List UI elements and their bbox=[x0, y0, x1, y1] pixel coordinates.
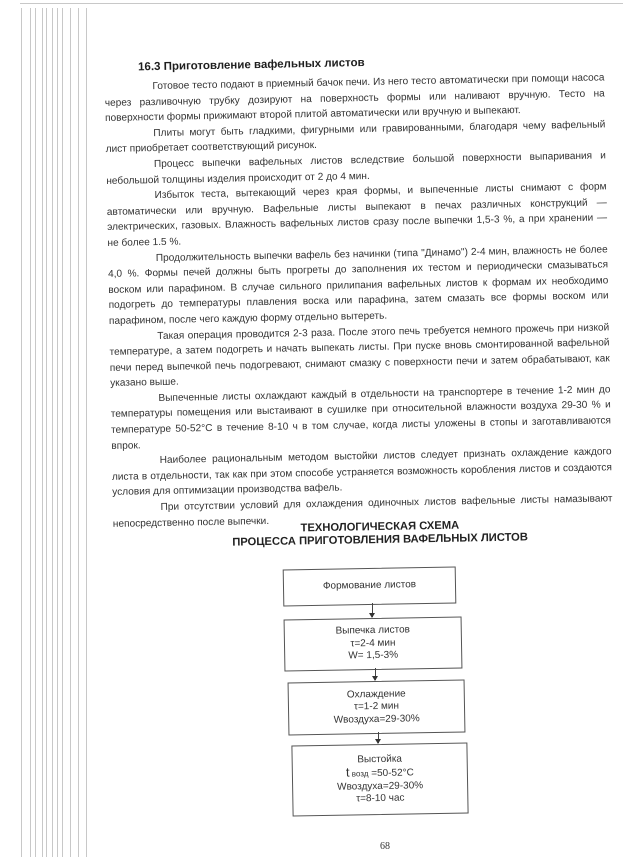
arrow-down-icon bbox=[372, 603, 373, 617]
process-flowchart: Формование листов Выпечка листов τ=2-4 м… bbox=[0, 0, 623, 857]
arrow-down-icon bbox=[375, 668, 376, 680]
flow-step-conditioning: Выстойка t возд =50-52°С Wвоздуха=29-30%… bbox=[291, 742, 468, 816]
arrow-down-icon bbox=[378, 732, 379, 743]
flow-step-baking: Выпечка листов τ=2-4 мин W= 1,5-3% bbox=[284, 616, 463, 671]
page-number: 68 bbox=[380, 841, 390, 852]
flow-step-forming: Формование листов bbox=[283, 566, 457, 606]
flow-step-cooling: Охлаждение τ=1-2 мин Wвоздуха=29-30% bbox=[288, 679, 466, 735]
